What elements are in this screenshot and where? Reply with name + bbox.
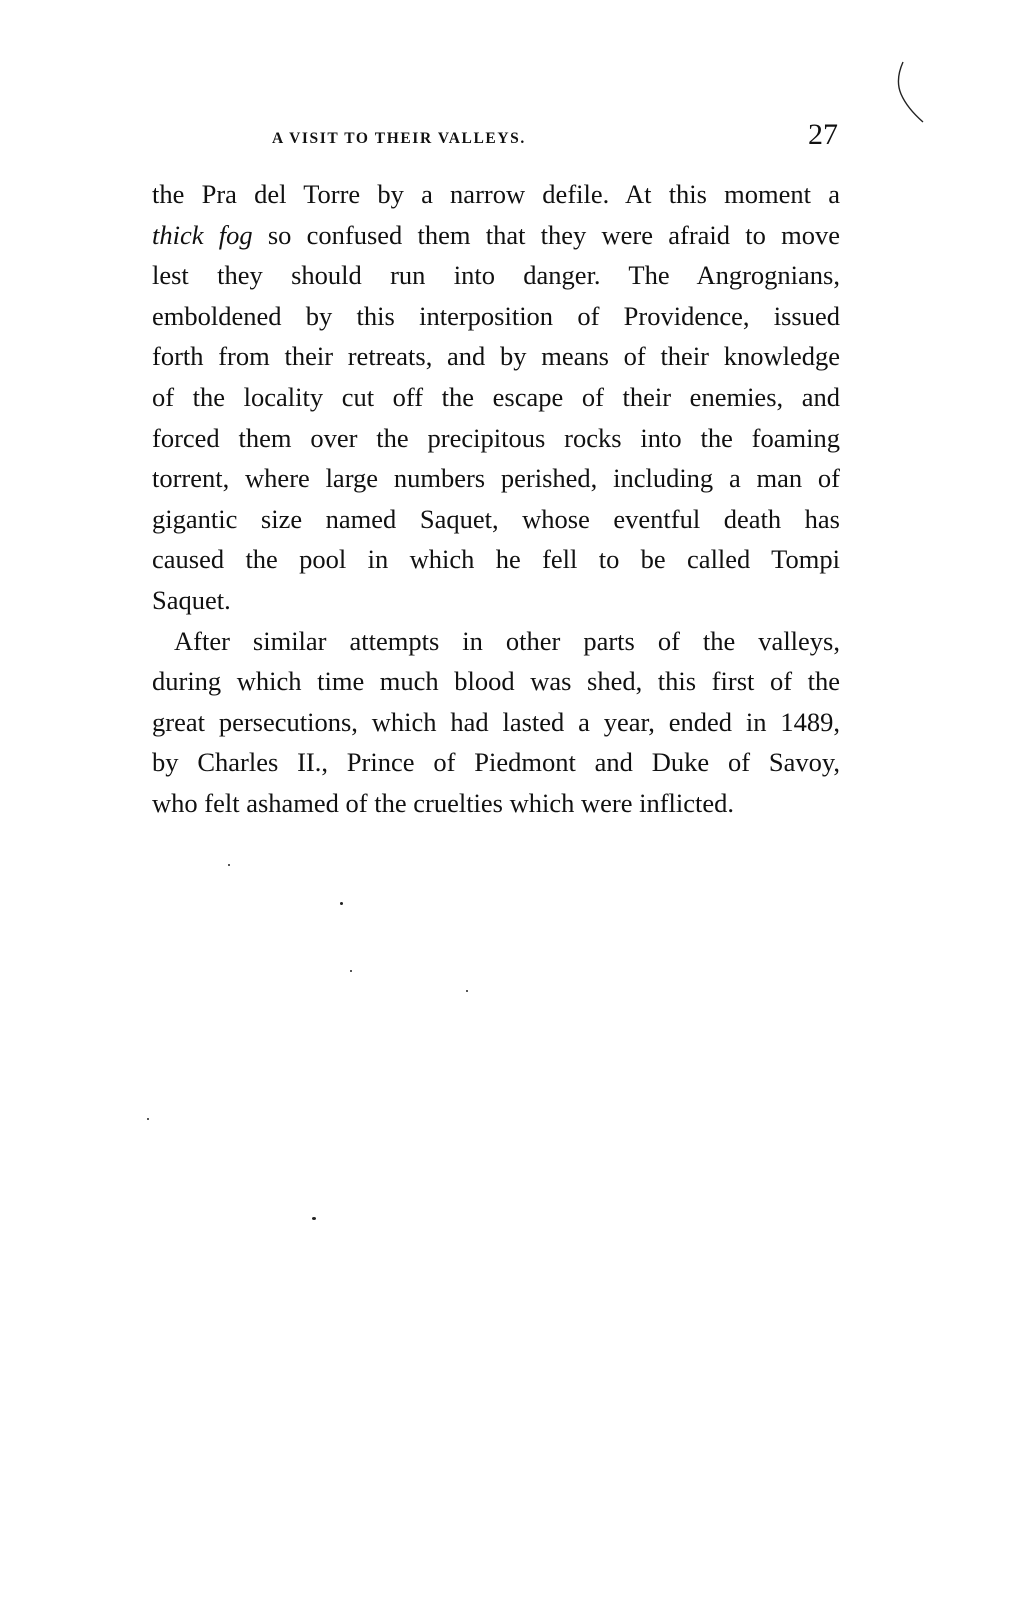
text-line: Saquet. [152, 580, 840, 621]
text-line: lest they should run into danger. The An… [152, 255, 840, 296]
scan-speck [228, 864, 230, 866]
scan-corner-mark [895, 60, 935, 130]
text-line: forced them over the precipitous rocks i… [152, 418, 840, 459]
text-line: After similar attempts in other parts of… [152, 621, 840, 662]
body-text: the Pra del Torre by a narrow defile. At… [152, 174, 840, 824]
scan-speck [340, 902, 343, 905]
running-head: A VISIT TO THEIR VALLEYS. 27 [268, 118, 838, 154]
text-line: thick fog so confused them that they wer… [152, 215, 840, 256]
text-line: gigantic size named Saquet, whose eventf… [152, 499, 840, 540]
text-line: torrent, where large numbers perished, i… [152, 458, 840, 499]
text-line: who felt ashamed of the cruelties which … [152, 783, 840, 824]
scan-speck [312, 1217, 316, 1220]
italic-phrase: thick fog [152, 220, 253, 250]
running-title: A VISIT TO THEIR VALLEYS. [272, 130, 526, 148]
text-line: caused the pool in which he fell to be c… [152, 539, 840, 580]
scan-speck [466, 990, 468, 992]
page-number: 27 [808, 118, 838, 152]
scan-speck [350, 970, 352, 972]
text-line: emboldened by this interposition of Prov… [152, 296, 840, 337]
text-line: great persecutions, which had lasted a y… [152, 702, 840, 743]
paragraph-2: After similar attempts in other parts of… [152, 621, 840, 824]
scan-speck [147, 1118, 149, 1120]
text-line: during which time much blood was shed, t… [152, 661, 840, 702]
paragraph-1: the Pra del Torre by a narrow defile. At… [152, 174, 840, 621]
text-line: by Charles II., Prince of Piedmont and D… [152, 742, 840, 783]
text-line: forth from their retreats, and by means … [152, 336, 840, 377]
text-line: the Pra del Torre by a narrow defile. At… [152, 174, 840, 215]
text-line: of the locality cut off the escape of th… [152, 377, 840, 418]
